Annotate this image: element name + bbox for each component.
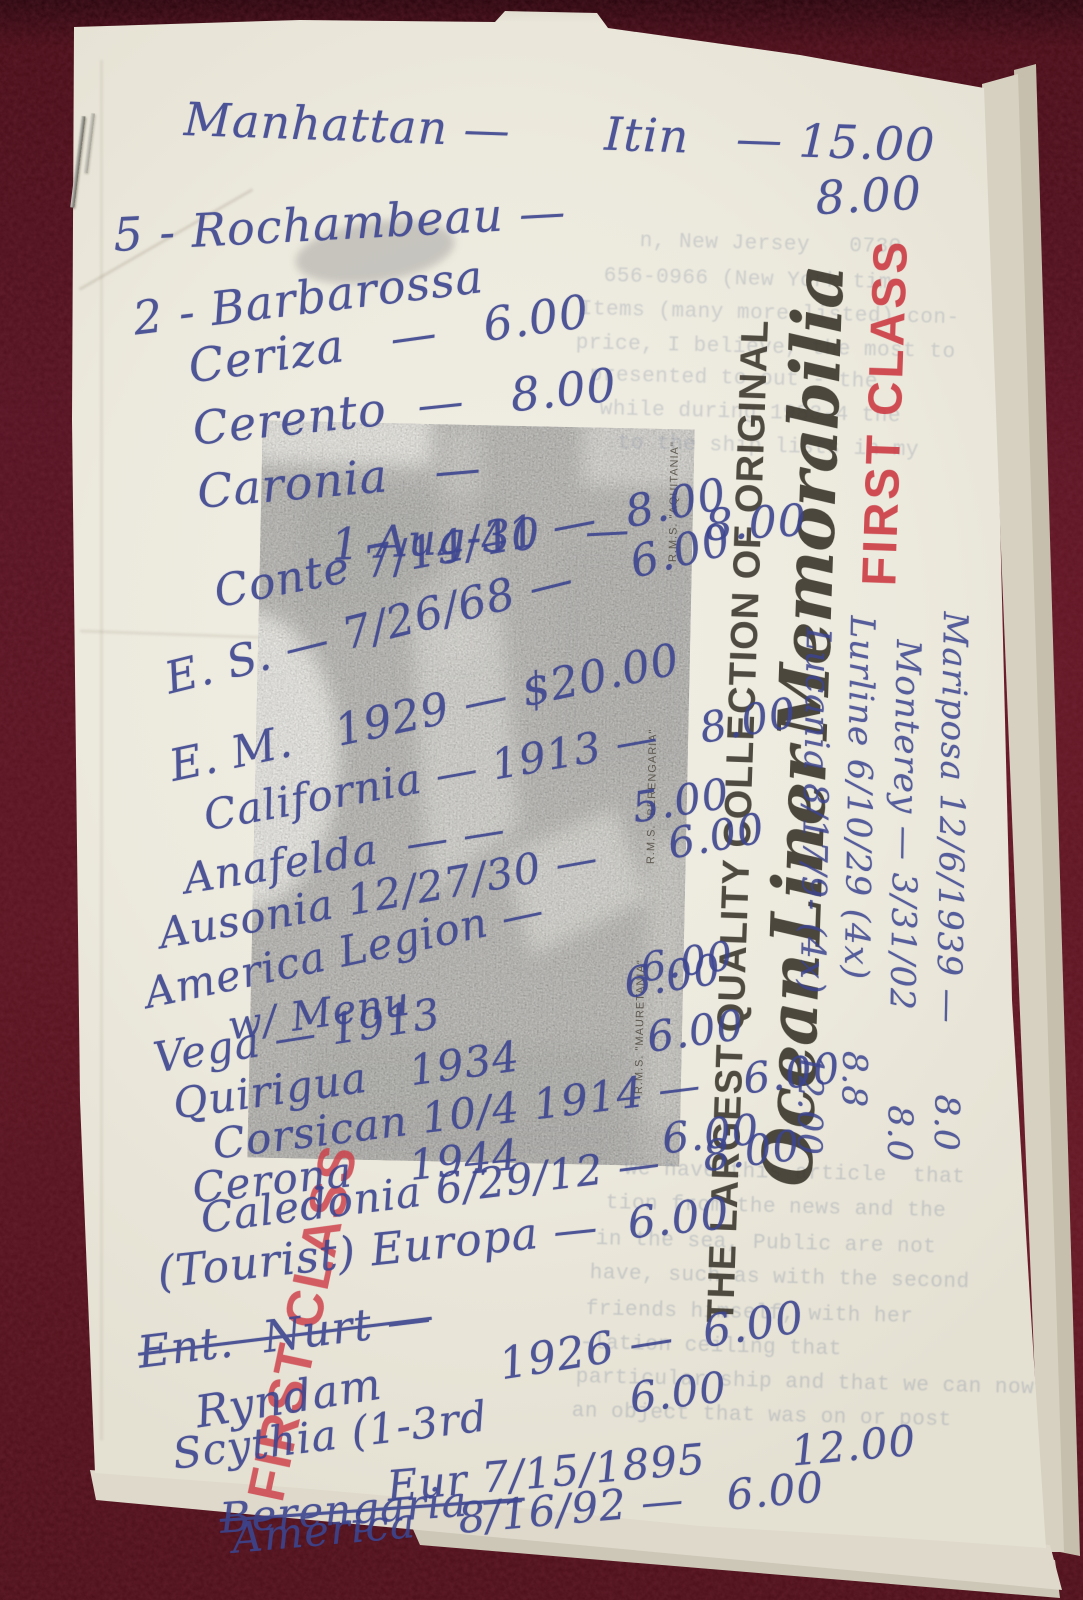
paper-crease <box>100 60 103 1440</box>
photographed-booklet-scene: n, New Jersey 0730 656-0966 (New York ti… <box>0 0 1083 1600</box>
